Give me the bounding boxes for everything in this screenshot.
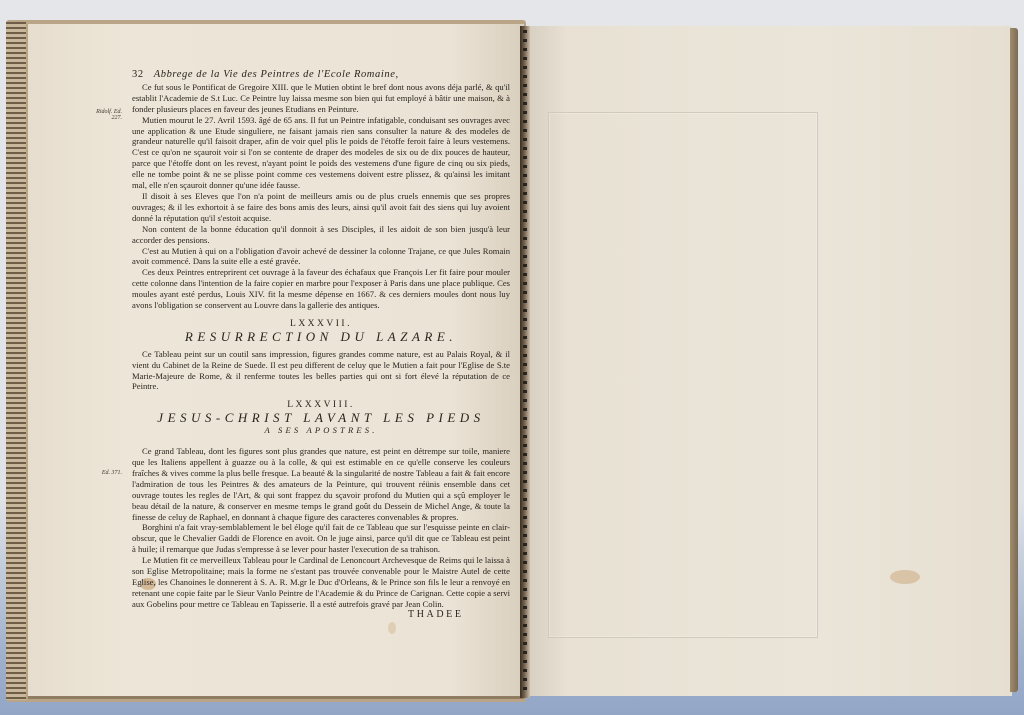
page-text: 32Abbrege de la Vie des Peintres de l'Ec… — [132, 70, 510, 610]
paragraph: Ces deux Peintres entreprirent cet ouvra… — [132, 267, 510, 311]
running-head-title: Abbrege de la Vie des Peintres de l'Ecol… — [154, 69, 399, 80]
paragraph: C'est au Mutien à qui on a l'obligation … — [132, 246, 510, 268]
paragraph: Ce Tableau peint sur un coutil sans impr… — [132, 349, 510, 393]
paragraph: Il disoit à ses Eleves que l'on n'a poin… — [132, 191, 510, 224]
paragraph: Ce fut sous le Pontificat de Gregoire XI… — [132, 82, 510, 115]
foxing-stain — [890, 570, 920, 584]
plate-mark — [548, 112, 818, 638]
open-book: Ridolf. Ed. 227. Ed. 371. 32Abbrege de l… — [0, 0, 1024, 715]
margin-note: Ed. 371. — [92, 470, 122, 476]
foxing-stain — [388, 622, 396, 634]
right-page-edge — [1010, 28, 1018, 692]
page-fore-edge — [6, 22, 26, 700]
section-title: RESURRECTION DU LAZARE. — [132, 332, 510, 343]
margin-note: Ridolf. Ed. 227. — [92, 109, 122, 121]
paragraph: Mutien mourut le 27. Avril 1593. âgé de … — [132, 115, 510, 191]
paragraph: Non content de la bonne éducation qu'il … — [132, 224, 510, 246]
section-title: JESUS-CHRIST LAVANT LES PIEDS — [132, 413, 510, 424]
paragraph: Ce grand Tableau, dont les figures sont … — [132, 446, 510, 522]
binding-stitch — [523, 30, 527, 690]
running-head: 32Abbrege de la Vie des Peintres de l'Ec… — [132, 70, 510, 81]
section-subtitle: A SES APOSTRES. — [132, 425, 510, 436]
paragraph: Borghini n'a fait vray-semblablement le … — [132, 522, 510, 555]
catchword: THADEE — [408, 609, 464, 620]
paragraph: Le Mutien fit ce merveilleux Tableau pou… — [132, 555, 510, 610]
page-number: 32 — [132, 69, 144, 80]
